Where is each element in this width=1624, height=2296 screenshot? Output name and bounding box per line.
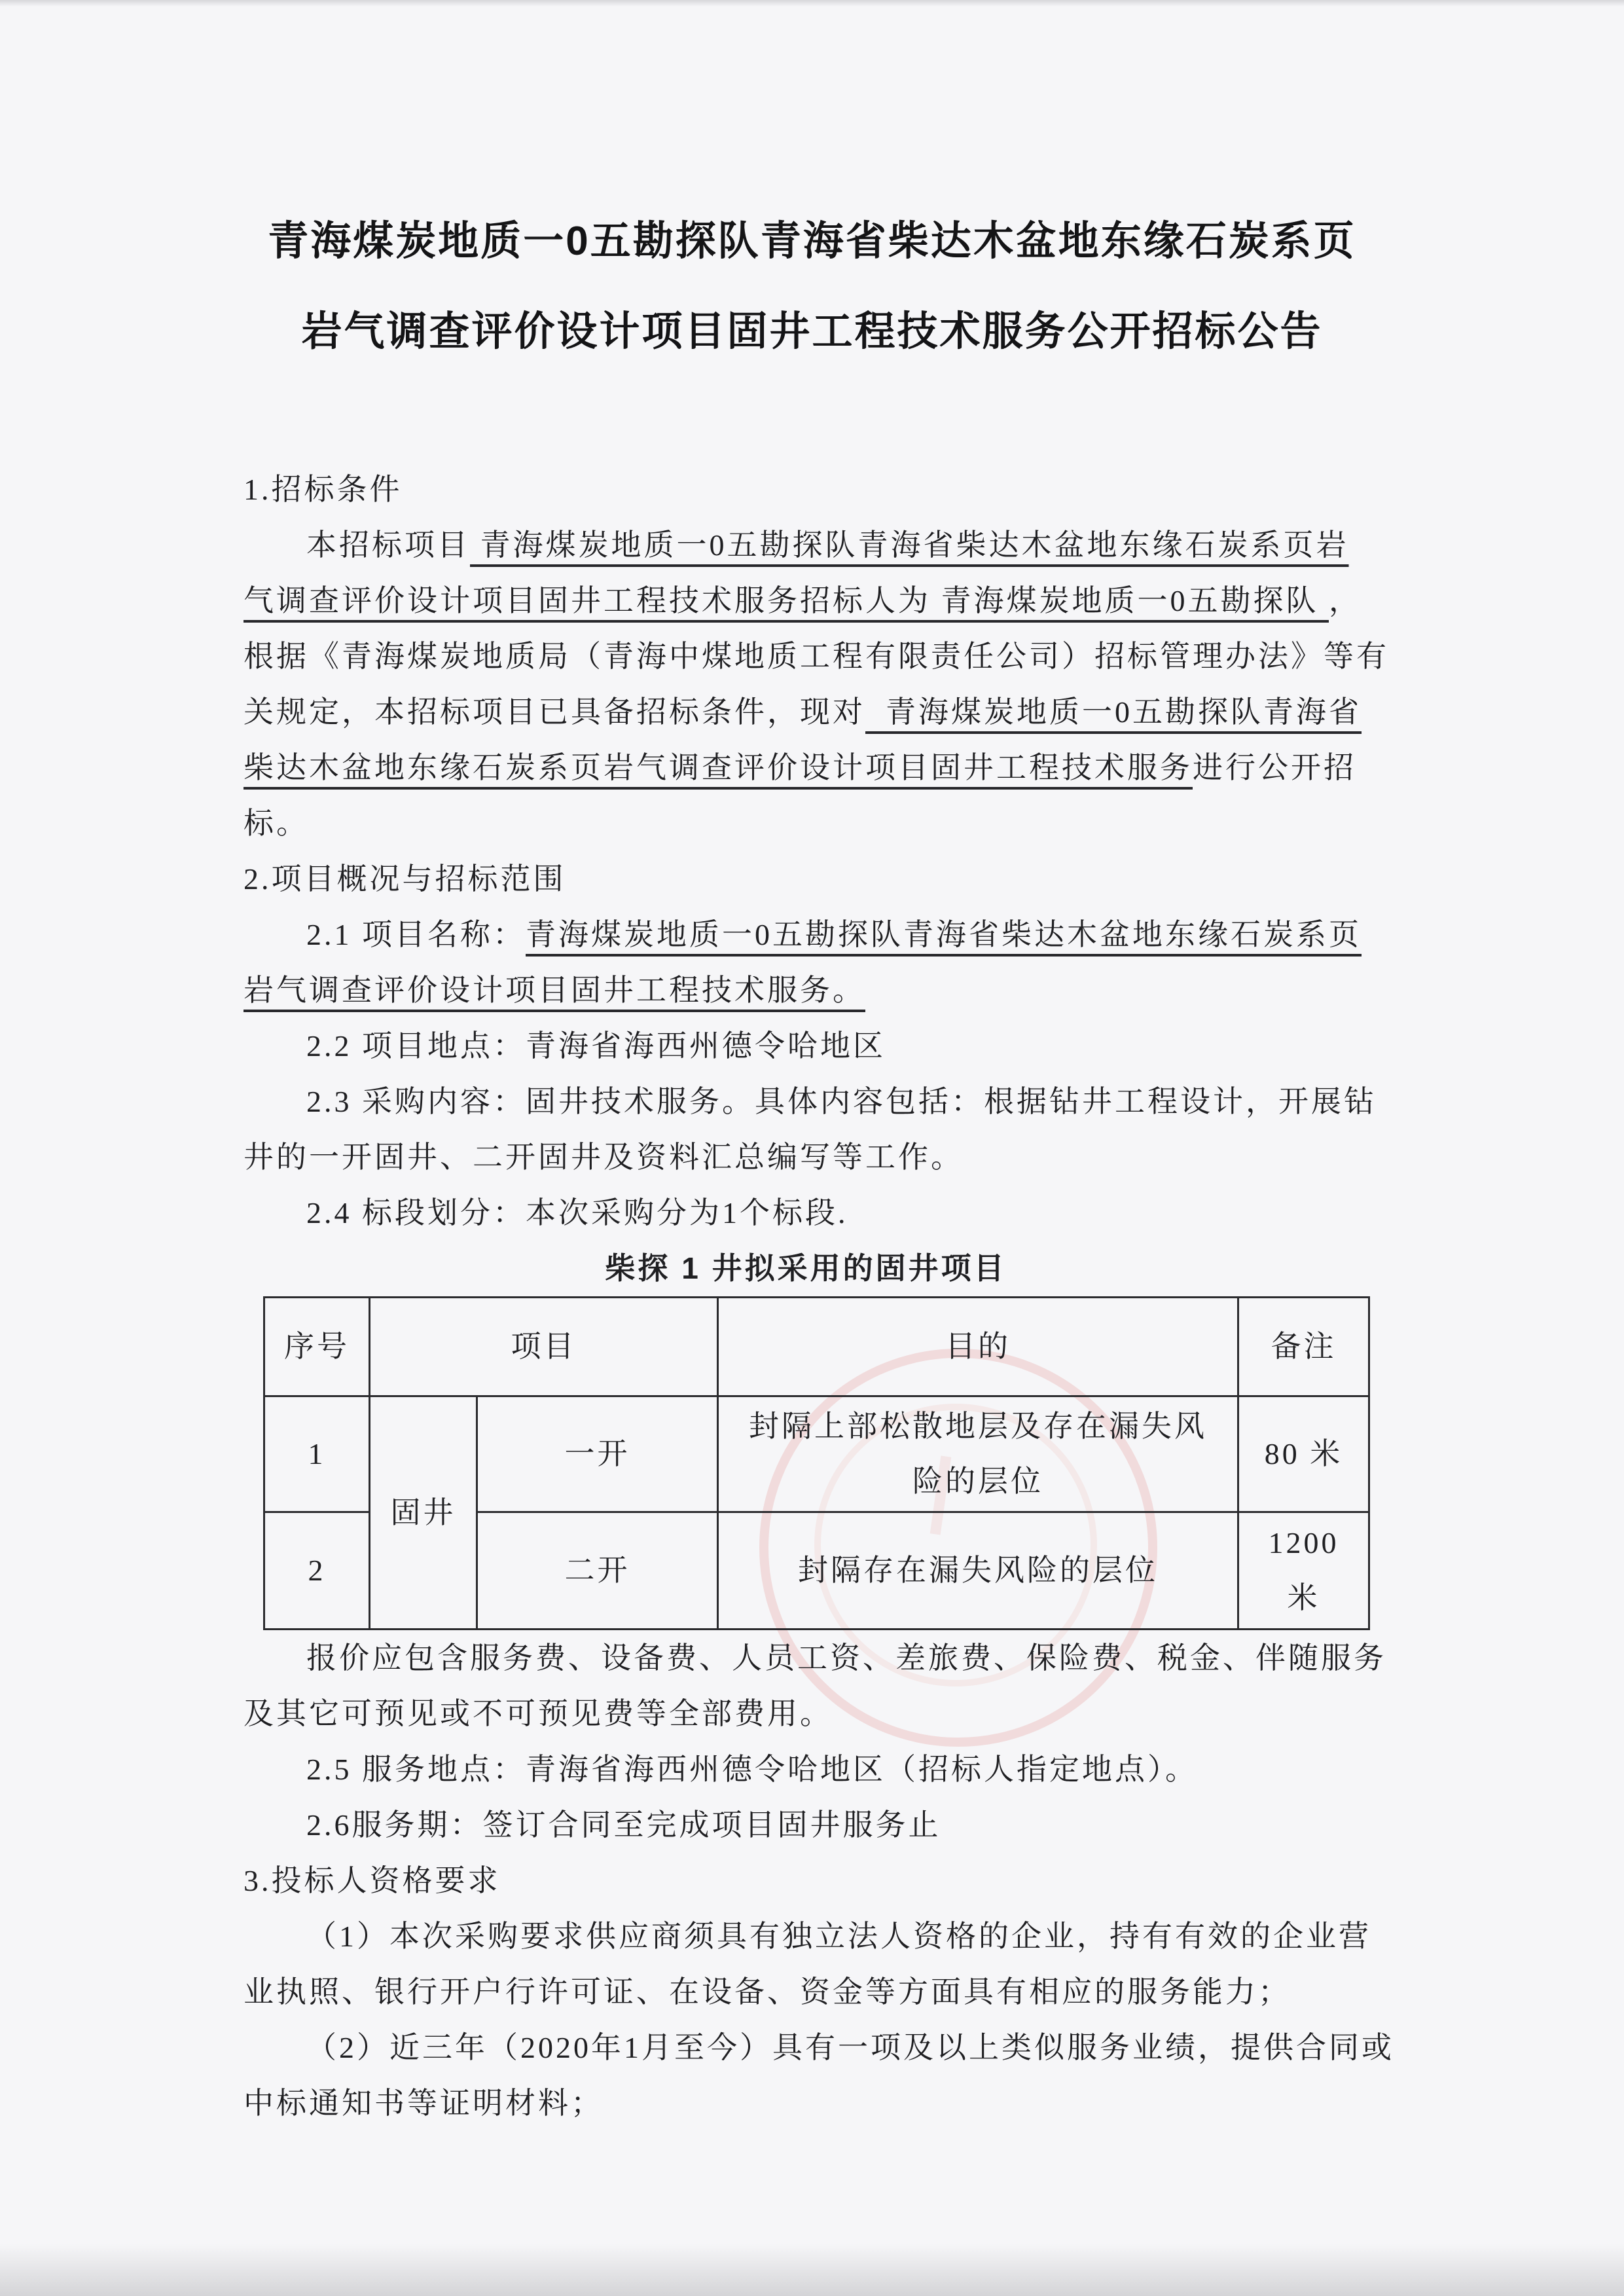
underlined-text-segment: 岩气调查评价设计项目固井工程技术服务。 [244, 974, 865, 1007]
text-segment: 3.投标人资格要求 [244, 1864, 501, 1897]
text-line: 2.2 项目地点：青海省海西州德令哈地区 [244, 1018, 1546, 1074]
text-segment: 2.2 项目地点：青海省海西州德令哈地区 [306, 1029, 886, 1063]
text-line: 2.3 采购内容：固井技术服务。具体内容包括：根据钻井工程设计，开展钻 [244, 1074, 1546, 1129]
table-row: 1 固井 一开 封隔上部松散地层及存在漏失风险的层位 80 米 [264, 1396, 1369, 1512]
text-segment: 2.4 标段划分：本次采购分为1个标段. [306, 1196, 848, 1230]
header-cell-item: 项目 [370, 1298, 718, 1396]
paragraphs-after-table: 报价应包含服务费、设备费、人员工资、差旅费、保险费、税金、伴随服务及其它可预见或… [244, 1630, 1546, 2131]
scanner-bottom-shadow [0, 2244, 1624, 2296]
underlined-text-segment: 气调查评价设计项目固井工程技术服务招标人为 青海煤炭地质一0五勘探队 [244, 584, 1329, 617]
text-segment: 2.1 项目名称： [306, 918, 526, 951]
cell-row1-note: 80 米 [1238, 1396, 1369, 1512]
text-line: 业执照、银行开户行许可证、在设备、资金等方面具有相应的服务能力； [244, 1964, 1546, 2020]
text-segment: 井的一开固井、二开固井及资料汇总编写等工作。 [244, 1140, 964, 1174]
cell-row1-no: 1 [264, 1396, 370, 1512]
cell-row2-note: 1200 米 [1238, 1512, 1369, 1630]
text-segment: 本招标项目 [306, 528, 470, 562]
text-segment: 中标通知书等证明材料； [244, 2086, 604, 2120]
text-line: 本招标项目 青海煤炭地质一0五勘探队青海省柴达木盆地东缘石炭系页岩 [244, 517, 1546, 573]
paragraphs-before-table: 1.招标条件本招标项目 青海煤炭地质一0五勘探队青海省柴达木盆地东缘石炭系页岩气… [244, 462, 1546, 1241]
underlined-text-segment: 青海煤炭地质一0五勘探队青海省柴达木盆地东缘石炭系页岩 [470, 528, 1349, 562]
scanner-top-shadow [0, 0, 1624, 7]
text-line: 井的一开固井、二开固井及资料汇总编写等工作。 [244, 1129, 1546, 1185]
text-segment: 及其它可预见或不可预见费等全部费用。 [244, 1697, 833, 1730]
underlined-text-segment: 青海煤炭地质一0五勘探队青海省 [865, 695, 1362, 729]
text-line: 中标通知书等证明材料； [244, 2075, 1546, 2131]
document-title: 青海煤炭地质一0五勘探队青海省柴达木盆地东缘石炭系页 岩气调查评价设计项目固井工… [0, 196, 1624, 377]
text-segment: 进行公开招 [1193, 751, 1356, 784]
underlined-text-segment: 青海煤炭地质一0五勘探队青海省柴达木盆地东缘石炭系页 [526, 918, 1362, 951]
document-body: 1.招标条件本招标项目 青海煤炭地质一0五勘探队青海省柴达木盆地东缘石炭系页岩气… [244, 462, 1546, 2131]
text-line: 气调查评价设计项目固井工程技术服务招标人为 青海煤炭地质一0五勘探队 ， [244, 573, 1546, 629]
text-line: 2.5 服务地点：青海省海西州德令哈地区（招标人指定地点）。 [244, 1741, 1546, 1797]
document-title-line-1: 青海煤炭地质一0五勘探队青海省柴达木盆地东缘石炭系页 [0, 196, 1624, 287]
scanned-document-page: 青海煤炭地质一0五勘探队青海省柴达木盆地东缘石炭系页 岩气调查评价设计项目固井工… [0, 0, 1624, 2296]
cementing-projects-table: 序号 项目 目的 备注 1 固井 一开 封隔上部松散地层及存在漏失风险的层位 8… [263, 1296, 1370, 1630]
text-segment: 2.项目概况与招标范围 [244, 862, 566, 896]
text-segment: 关规定，本招标项目已具备招标条件，现对 [244, 695, 865, 729]
text-segment: 2.5 服务地点：青海省海西州德令哈地区（招标人指定地点）。 [306, 1753, 1198, 1786]
text-line: 3.投标人资格要求 [244, 1853, 1546, 1908]
text-line: 岩气调查评价设计项目固井工程技术服务。 [244, 962, 1546, 1018]
text-line: 2.项目概况与招标范围 [244, 851, 1546, 907]
cell-row2-stage: 二开 [477, 1512, 718, 1630]
cell-row1-stage: 一开 [477, 1396, 718, 1512]
text-line: 关规定，本招标项目已具备招标条件，现对 青海煤炭地质一0五勘探队青海省 [244, 684, 1546, 740]
text-line: 2.6服务期：签订合同至完成项目固井服务止 [244, 1797, 1546, 1853]
cell-row2-purpose: 封隔存在漏失风险的层位 [718, 1512, 1238, 1630]
text-line: 2.1 项目名称：青海煤炭地质一0五勘探队青海省柴达木盆地东缘石炭系页 [244, 907, 1546, 962]
cell-row1-purpose: 封隔上部松散地层及存在漏失风险的层位 [718, 1396, 1238, 1512]
text-segment: 业执照、银行开户行许可证、在设备、资金等方面具有相应的服务能力； [244, 1975, 1291, 2009]
underlined-text-segment: 柴达木盆地东缘石炭系页岩气调查评价设计项目固井工程技术服务 [244, 751, 1193, 784]
text-segment: ， [1329, 584, 1362, 617]
text-line: 报价应包含服务费、设备费、人员工资、差旅费、保险费、税金、伴随服务 [244, 1630, 1546, 1686]
text-line: 1.招标条件 [244, 462, 1546, 517]
text-segment: 报价应包含服务费、设备费、人员工资、差旅费、保险费、税金、伴随服务 [306, 1641, 1386, 1675]
header-cell-no: 序号 [264, 1298, 370, 1396]
table-header-row: 序号 项目 目的 备注 [264, 1298, 1369, 1396]
cell-row2-no: 2 [264, 1512, 370, 1630]
cell-group-label: 固井 [370, 1396, 477, 1630]
text-segment: 1.招标条件 [244, 473, 403, 506]
text-line: 标。 [244, 795, 1546, 851]
text-line: 根据《青海煤炭地质局（青海中煤地质工程有限责任公司）招标管理办法》等有 [244, 629, 1546, 684]
text-line: （2）近三年（2020年1月至今）具有一项及以上类似服务业绩，提供合同或 [244, 2020, 1546, 2075]
header-cell-note: 备注 [1238, 1298, 1369, 1396]
text-line: 及其它可预见或不可预见费等全部费用。 [244, 1686, 1546, 1741]
table-title: 柴探 1 井拟采用的固井项目 [244, 1241, 1368, 1296]
text-segment: （2）近三年（2020年1月至今）具有一项及以上类似服务业绩，提供合同或 [306, 2031, 1394, 2064]
document-title-line-2: 岩气调查评价设计项目固井工程技术服务公开招标公告 [0, 287, 1624, 377]
text-segment: 根据《青海煤炭地质局（青海中煤地质工程有限责任公司）招标管理办法》等有 [244, 640, 1389, 673]
text-segment: （1）本次采购要求供应商须具有独立法人资格的企业，持有有效的企业营 [306, 1920, 1371, 1953]
text-line: 2.4 标段划分：本次采购分为1个标段. [244, 1185, 1546, 1241]
text-segment: 2.3 采购内容：固井技术服务。具体内容包括：根据钻井工程设计，开展钻 [306, 1085, 1377, 1118]
text-line: （1）本次采购要求供应商须具有独立法人资格的企业，持有有效的企业营 [244, 1908, 1546, 1964]
text-line: 柴达木盆地东缘石炭系页岩气调查评价设计项目固井工程技术服务进行公开招 [244, 740, 1546, 795]
text-segment: 标。 [244, 807, 309, 840]
text-segment: 2.6服务期：签订合同至完成项目固井服务止 [306, 1808, 941, 1842]
header-cell-purpose: 目的 [718, 1298, 1238, 1396]
